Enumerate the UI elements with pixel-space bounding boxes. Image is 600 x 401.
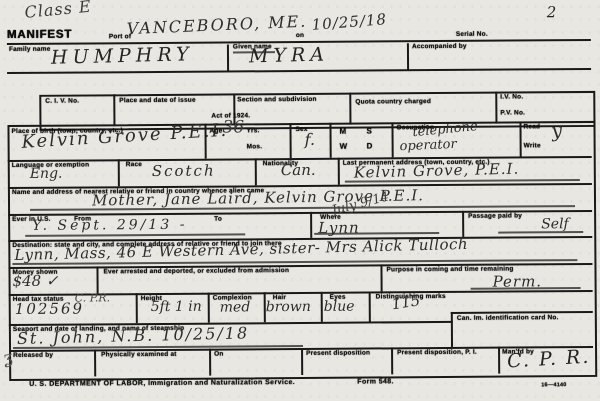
issue-divider-4: [495, 92, 497, 124]
form-number: Form 548.: [357, 378, 394, 386]
name-baseline-rule: [7, 68, 591, 74]
page-number: 2: [547, 5, 557, 20]
complexion-value: med: [220, 300, 251, 314]
money-row-div2: [380, 264, 382, 291]
passage-paid-label: Passage paid by: [468, 212, 522, 220]
arrested-deported-label: Ever arrested and deported, or excluded …: [103, 267, 289, 275]
accompanied-column-divider: [407, 43, 409, 70]
class-annotation: Class E: [24, 0, 92, 21]
quota-country-label: Quota country charged: [355, 98, 431, 106]
pv-no-label: P.V. No.: [500, 109, 525, 116]
ever-us-from-value: Y. Sept. 29/13 -: [32, 218, 187, 233]
disp-row-div3: [301, 348, 303, 375]
nationality-value: Can.: [281, 163, 316, 178]
disp-row-div4: [391, 347, 393, 374]
disp-row-div2: [209, 349, 211, 376]
manifest-date-value: 10/25/18: [311, 12, 387, 33]
marital-w-label: W: [340, 143, 348, 152]
head-tax-value: 102569: [15, 302, 84, 317]
disp-row-div5: [498, 347, 500, 374]
passage-paid-value: Self: [541, 217, 569, 231]
race-label: Race: [126, 161, 142, 168]
agency-footer-text: U. S. DEPARTMENT OF LABOR, Immigration a…: [29, 379, 295, 389]
birth-row-div3: [329, 123, 331, 158]
examined-on-label: On: [214, 351, 223, 358]
sex-value: f.: [305, 132, 316, 148]
money-shown-value: $48 ✓: [13, 274, 59, 289]
phys-row-div2: [208, 293, 210, 323]
read-label: Read: [523, 123, 540, 130]
hair-value: brown: [266, 300, 311, 314]
to-label: To: [214, 216, 222, 223]
last-address-value: Kelvin Grove, P.E.I.: [354, 162, 520, 181]
distinguishing-marks-value: 115: [391, 293, 422, 312]
issue-divider-1: [113, 94, 115, 126]
money-row-div1: [96, 266, 98, 293]
manifest-card-scan: Class E 2 MANIFEST Port of VANCEBORO, ME…: [0, 0, 600, 401]
everus-row-div2: [462, 211, 464, 237]
print-code: 16—4140: [541, 382, 566, 388]
yrs-label: Yrs.: [246, 127, 259, 134]
age-label: Age: [209, 128, 222, 135]
marital-s-label: S: [366, 127, 372, 136]
phys-row-div5: [369, 292, 371, 322]
on-label: on: [296, 32, 304, 39]
released-by-label: Released by: [13, 352, 53, 359]
civ-no-label: C. I. V. No.: [45, 98, 79, 105]
physically-examined-label: Physically examined at: [101, 351, 177, 359]
phys-row-div4: [321, 292, 323, 322]
family-name-label: Family name: [9, 46, 51, 53]
iv-no-label: I.V. No.: [500, 93, 523, 100]
accompanied-by-label: Accompanied by: [412, 43, 467, 51]
birth-row-div2: [289, 123, 291, 158]
card-sheet: Class E 2 MANIFEST Port of VANCEBORO, ME…: [0, 0, 600, 401]
age-value: 36: [222, 119, 244, 136]
lang-row-div1: [118, 159, 120, 186]
phys-row-div1: [136, 293, 138, 323]
language-value: Eng.: [30, 167, 63, 181]
race-value: Scotch: [152, 164, 216, 179]
birth-row-div5: [519, 121, 521, 156]
serial-no-label: Serial No.: [456, 31, 488, 38]
can-id-label: Can. Im. identification card No.: [457, 314, 559, 322]
mos-label: Mos.: [247, 143, 263, 150]
seaport-row-div: [451, 312, 453, 347]
family-name-value: HUMPHRY: [51, 45, 194, 67]
everus-row-div1: [310, 212, 312, 238]
read-write-value: y: [550, 121, 563, 141]
place-date-issue-label: Place and date of issue: [119, 97, 196, 105]
section-subdivision-label: Section and subdivision: [237, 96, 316, 104]
present-disposition-label: Present disposition: [306, 350, 370, 358]
height-value: 5ft 1 in: [151, 300, 202, 314]
port-value: VANCEBORO, ME.: [126, 14, 307, 38]
manifest-title: MANIFEST: [7, 29, 72, 42]
birth-row-div4: [391, 122, 393, 157]
issue-divider-3: [349, 93, 351, 125]
present-disposition-pi-label: Present disposition, P. I.: [397, 349, 477, 357]
disp-row-div1: [94, 349, 96, 376]
manifested-by-value: C. P. R.: [507, 348, 591, 372]
eyes-value: blue: [324, 300, 355, 314]
write-label: Write: [524, 142, 541, 149]
occupation-value-line2: operator: [399, 138, 457, 153]
name-column-divider: [227, 44, 229, 71]
lang-row-div3: [338, 158, 340, 185]
marital-m-label: M: [339, 128, 346, 137]
lang-row-div2: [255, 158, 257, 185]
marital-d-label: D: [367, 142, 373, 151]
given-name-value: MYRA: [249, 45, 329, 66]
